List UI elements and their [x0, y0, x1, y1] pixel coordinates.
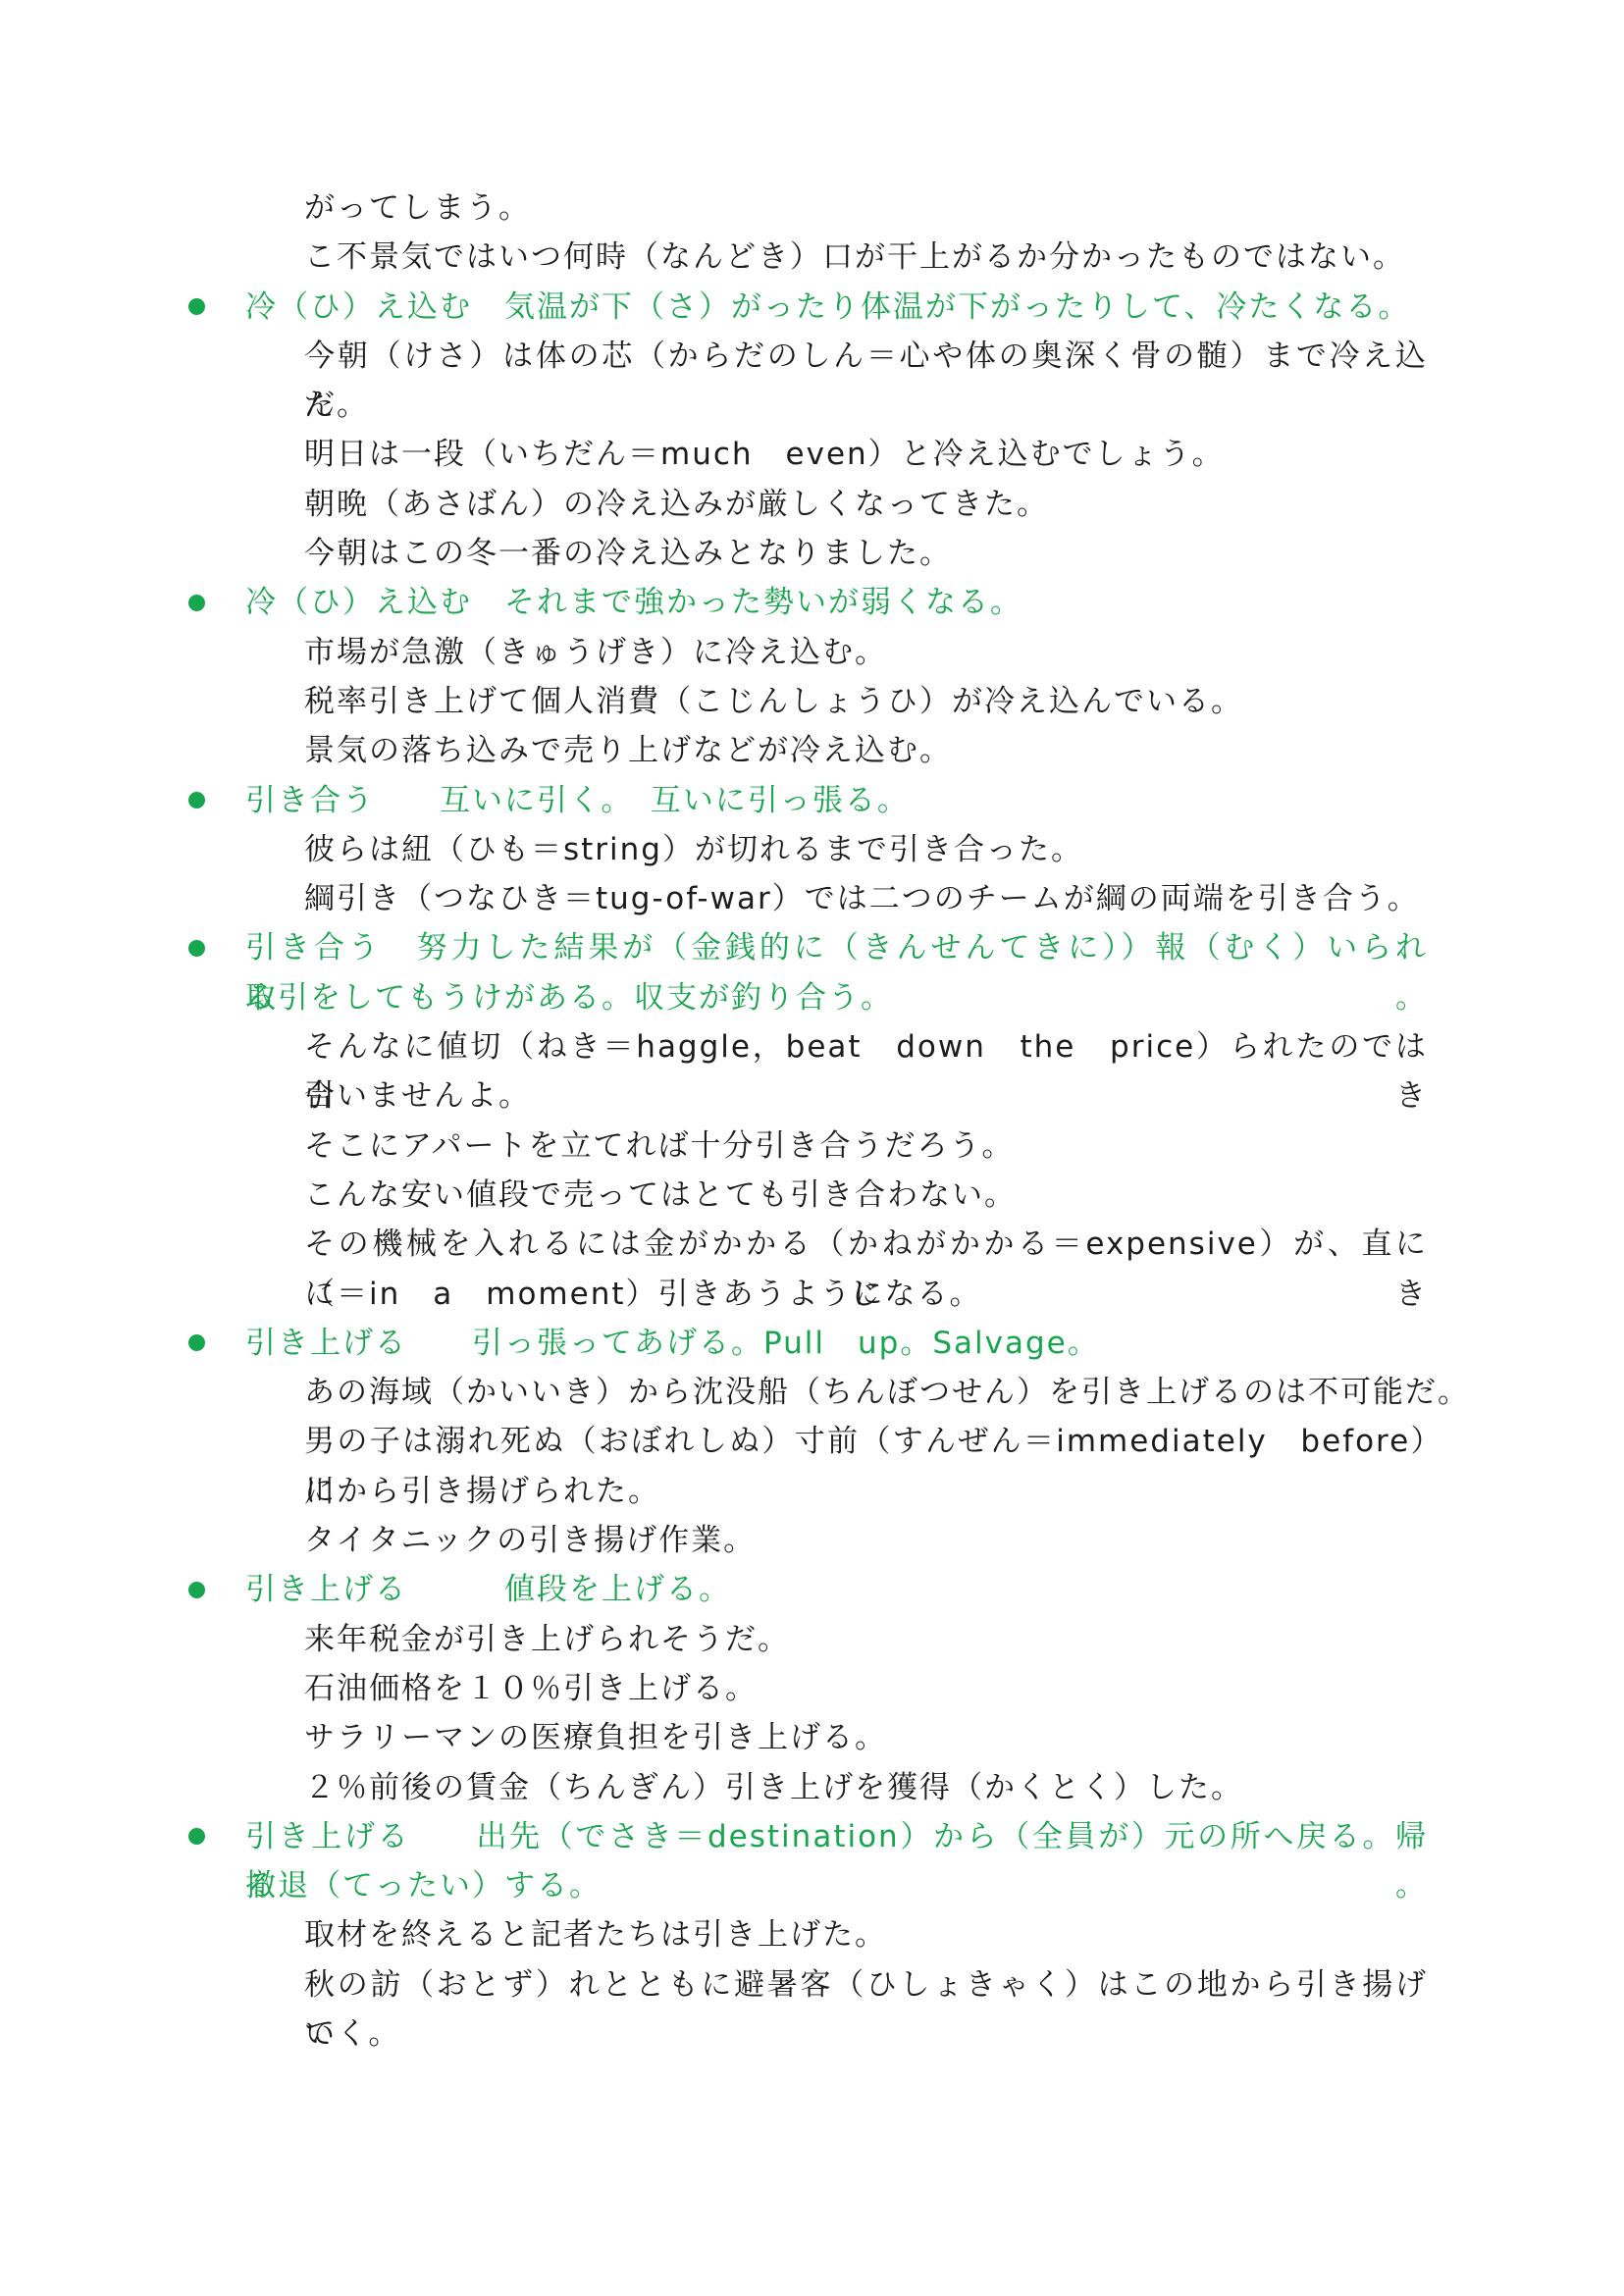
line-text: 綱引き（つなひき＝tug-of-war）では二つのチームが綱の両端を引き合う。 [304, 881, 1420, 916]
line-text: そこにアパートを立てれば十分引き合うだろう。 [304, 1128, 1015, 1164]
example-sentence-line: いく。 [0, 2009, 1624, 2059]
example-sentence-line: サラリーマンの医療負担を引き上げる。 [0, 1713, 1624, 1762]
line-text: 市場が急激（きゅうげき）に冷え込む。 [304, 635, 887, 670]
line-text: あの海域（かいいき）から沈没船（ちんぼつせん）を引き上げるのは不可能だ。 [304, 1375, 1470, 1410]
example-sentence-line: こんな安い値段で売ってはとても引き合わない。 [0, 1171, 1624, 1220]
example-sentence-line: 朝晩（あさばん）の冷え込みが厳しくなってきた。 [0, 480, 1624, 529]
example-sentence-line: その機械を入れるには金がかかる（かねがかかる＝expensive）が、直に（じき [0, 1220, 1428, 1269]
example-sentence-line: そんなに値切（ねき＝haggle，beat down the price）られた… [0, 1022, 1428, 1071]
example-sentence-line: ２％前後の賃金（ちんぎん）引き上げを獲得（かくとく）した。 [0, 1763, 1624, 1812]
example-sentence-line: だ。 [0, 381, 1624, 430]
example-sentence-line: 市場が急激（きゅうげき）に冷え込む。 [0, 628, 1624, 677]
line-text: 朝晩（あさばん）の冷え込みが厳しくなってきた。 [304, 487, 1049, 522]
example-sentence-line: 男の子は溺れ死ぬ（おぼれしぬ）寸前（すんぜん＝immediately befor… [0, 1417, 1428, 1466]
bullet-icon [188, 1334, 205, 1351]
example-sentence-line: 綱引き（つなひき＝tug-of-war）では二つのチームが綱の両端を引き合う。 [0, 874, 1624, 923]
example-sentence-line: 石油価格を１０％引き上げる。 [0, 1664, 1624, 1713]
example-sentence-line: 来年税金が引き上げられそうだ。 [0, 1615, 1624, 1664]
bullet-icon [188, 1828, 205, 1845]
line-text: 今朝はこの冬一番の冷え込みとなりました。 [304, 536, 952, 571]
line-text: 税率引き上げて個人消費（こじんしょうひ）が冷え込んでいる。 [304, 684, 1243, 719]
example-sentence-line: こ不景気ではいつ何時（なんどき）口が干上がるか分かったものではない。 [0, 233, 1624, 282]
line-text: 彼らは紐（ひも＝string）が切れるまで引き合った。 [304, 832, 1083, 867]
line-text: 合いませんよ。 [304, 1078, 531, 1114]
line-text: 冷（ひ）え込む それまで強かった勢いが弱くなる。 [245, 585, 1022, 620]
line-text: いく。 [304, 2016, 400, 2052]
line-text: 石油価格を１０％引き上げる。 [304, 1671, 758, 1706]
example-sentence-line: 景気の落ち込みで売り上げなどが冷え込む。 [0, 726, 1624, 775]
example-sentence-line: あの海域（かいいき）から沈没船（ちんぼつせん）を引き上げるのは不可能だ。 [0, 1368, 1624, 1417]
example-sentence-line: に＝in a moment）引きあうようになる。 [0, 1270, 1624, 1319]
example-sentence-line: 彼らは紐（ひも＝string）が切れるまで引き合った。 [0, 825, 1624, 874]
line-text: に＝in a moment）引きあうようになる。 [304, 1277, 982, 1312]
vocab-heading-continuation-line: 取引をしてもうけがある。収支が釣り合う。 [0, 973, 1624, 1022]
line-text: 撤退（てったい）する。 [245, 1868, 602, 1904]
example-sentence-line: 今朝（けさ）は体の芯（からだのしん＝心や体の奥深く骨の髄）まで冷え込ん [0, 332, 1428, 381]
vocab-heading-continuation-line: 撤退（てったい）する。 [0, 1861, 1624, 1910]
line-text: サラリーマンの医療負担を引き上げる。 [304, 1720, 887, 1755]
bullet-icon [188, 940, 205, 957]
bullet-icon [188, 1582, 205, 1598]
line-text: 引き上げる 値段を上げる。 [245, 1572, 731, 1607]
example-sentence-line: タイタニックの引き揚げ作業。 [0, 1516, 1624, 1565]
vocab-heading-line: 引き上げる 値段を上げる。 [0, 1565, 1624, 1614]
example-sentence-line: 取材を終えると記者たちは引き上げた。 [0, 1910, 1624, 1959]
line-text: こ不景気ではいつ何時（なんどき）口が干上がるか分かったものではない。 [304, 239, 1405, 275]
line-text: だ。 [304, 388, 369, 423]
vocab-heading-line: 引き上げる 引っ張ってあげる。Pull up。Salvage。 [0, 1319, 1624, 1368]
example-sentence-line: 川から引き揚げられた。 [0, 1467, 1624, 1516]
line-text: こんな安い値段で売ってはとても引き合わない。 [304, 1177, 1017, 1213]
line-text: 川から引き揚げられた。 [304, 1474, 660, 1509]
line-text: 取引をしてもうけがある。収支が釣り合う。 [245, 980, 893, 1016]
example-sentence-line: 今朝はこの冬一番の冷え込みとなりました。 [0, 529, 1624, 578]
vocab-heading-line: 引き合う 努力した結果が（金銭的に（きんせんてきに））報（むく）いられる。 [0, 923, 1428, 972]
line-text: タイタニックの引き揚げ作業。 [304, 1523, 756, 1558]
example-sentence-line: 税率引き上げて個人消費（こじんしょうひ）が冷え込んでいる。 [0, 677, 1624, 726]
vocab-heading-line: 冷（ひ）え込む 気温が下（さ）がったり体温が下がったりして、冷たくなる。 [0, 283, 1624, 332]
example-sentence-line: そこにアパートを立てれば十分引き合うだろう。 [0, 1122, 1624, 1171]
bullet-icon [188, 792, 205, 809]
example-sentence-line: 明日は一段（いちだん＝much even）と冷え込むでしょう。 [0, 430, 1624, 479]
vocab-heading-line: 冷（ひ）え込む それまで強かった勢いが弱くなる。 [0, 578, 1624, 627]
line-text: がってしまう。 [304, 190, 531, 226]
vocab-heading-line: 引き合う 互いに引く。 互いに引っ張る。 [0, 776, 1624, 825]
example-sentence-line: がってしまう。 [0, 183, 1624, 233]
document-page: がってしまう。こ不景気ではいつ何時（なんどき）口が干上がるか分かったものではない… [0, 0, 1624, 2296]
line-text: 来年税金が引き上げられそうだ。 [304, 1622, 790, 1657]
line-text: 景気の落ち込みで売り上げなどが冷え込む。 [304, 733, 952, 768]
line-text: 引き合う 互いに引く。 互いに引っ張る。 [245, 783, 910, 818]
line-text: 冷（ひ）え込む 気温が下（さ）がったり体温が下がったりして、冷たくなる。 [245, 289, 1410, 325]
example-sentence-line: 秋の訪（おとず）れとともに避暑客（ひしょきゃく）はこの地から引き揚げて [0, 1960, 1428, 2009]
line-text: 取材を終えると記者たちは引き上げた。 [304, 1917, 887, 1953]
line-text: 引き上げる 引っ張ってあげる。Pull up。Salvage。 [245, 1326, 1100, 1361]
line-text: 明日は一段（いちだん＝much even）と冷え込むでしょう。 [304, 437, 1225, 472]
document-body: がってしまう。こ不景気ではいつ何時（なんどき）口が干上がるか分かったものではない… [0, 183, 1624, 2059]
vocab-heading-line: 引き上げる 出先（でさき＝destination）から（全員が）元の所へ戻る。帰… [0, 1812, 1428, 1861]
line-text: ２％前後の賃金（ちんぎん）引き上げを獲得（かくとく）した。 [304, 1770, 1243, 1805]
bullet-icon [188, 298, 205, 315]
example-sentence-line: 合いませんよ。 [0, 1071, 1624, 1121]
bullet-icon [188, 595, 205, 611]
